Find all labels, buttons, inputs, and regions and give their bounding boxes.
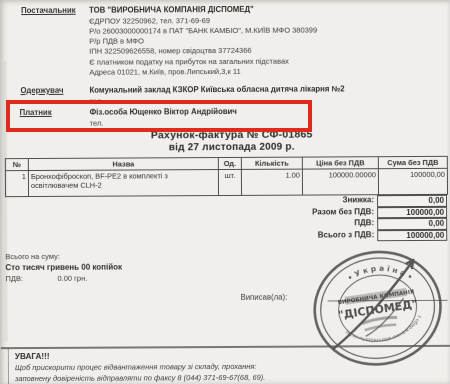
col-header-num: № — [5, 159, 28, 171]
item-unit: шт. — [218, 169, 241, 195]
items-table: № Назва Од. Кількість Ціна без ПДВ Сума … — [5, 156, 448, 197]
scanned-page: Постачальник ТОВ "ВИРОБНИЧА КОМПАНІЯ ДІС… — [0, 0, 450, 384]
item-sum: 100000,00 — [378, 168, 447, 194]
item-name: Бронхофіброскоп, BF-PE2 в комплекті з ос… — [28, 170, 218, 197]
total-amount-label: Всього на суму: — [5, 252, 60, 263]
col-header-unit: Од. — [218, 157, 241, 169]
item-num: 1 — [5, 171, 28, 197]
notice-text-line: заповнену довіреність відправляти по фак… — [15, 372, 345, 383]
col-header-name: Назва — [28, 158, 218, 171]
total-amount-words: Сто тисяч гривень 00 копійок — [5, 262, 122, 272]
summary-value: 0,00 — [377, 218, 447, 230]
col-header-qty: Кількість — [241, 157, 302, 169]
scan-artifact — [3, 61, 7, 341]
item-price: 100000.00000 — [302, 169, 378, 195]
summary-label: Знижка: — [342, 195, 374, 207]
total-vat-value: 0.00 грн. — [57, 273, 87, 283]
supplier-name: ТОВ "ВИРОБНИЧА КОМПАНІЯ ДІСПОМЕД" — [89, 4, 429, 15]
receiver-phone: тел. — [89, 96, 103, 106]
invoice-title: Рахунок-фактура № СФ-01865 — [12, 127, 450, 141]
item-qty: 1.00 — [241, 169, 302, 195]
supplier-label: Постачальник — [21, 6, 76, 15]
summary-label: Разом без ПДВ: — [312, 207, 374, 219]
payer-label: Платник — [20, 108, 52, 117]
summary-label: Всього з ПДВ: — [318, 230, 375, 242]
invoice-document: Постачальник ТОВ "ВИРОБНИЧА КОМПАНІЯ ДІС… — [0, 0, 450, 384]
issued-by-label: Виписав(ла): — [241, 292, 288, 303]
summary-value: 100000,00 — [377, 206, 447, 218]
summary-label: ПДВ: — [354, 218, 374, 230]
company-stamp: • У к р а ї н а • з обмеженою відповідал… — [303, 242, 450, 379]
notice-left-border — [8, 347, 9, 384]
supplier-detail-line: Адреса 01021, м.Київ, пров.Липський,3,к … — [89, 66, 434, 78]
total-vat-label: ПДВ: — [5, 274, 23, 284]
invoice-date: від 27 листопада 2009 р. — [12, 140, 450, 153]
notice-text-line: Щоб прискорити процес відвантаження това… — [15, 361, 345, 372]
col-header-price: Ціна без ПДВ — [302, 157, 378, 169]
summary-value: 100000,00 — [377, 229, 447, 241]
payer-phone: тел. — [90, 118, 104, 128]
payer-name: Фіз.особа Ющенко Віктор Андрійович — [90, 106, 390, 117]
notice-title: УВАГА!!! — [15, 351, 50, 360]
summary-value: 0,00 — [377, 195, 447, 207]
item-row: 1 Бронхофіброскоп, BF-PE2 в комплекті з … — [5, 168, 447, 196]
col-header-sum: Сума без ПДВ — [378, 156, 447, 168]
summary-row-total: Всього з ПДВ: 100000,00 — [120, 229, 447, 242]
receiver-label: Одержувач — [20, 86, 63, 95]
supplier-details: ЄДРПОУ 32250962, тел. 371-69-69 Р/о 2600… — [89, 14, 434, 78]
receiver-name: Комунальний заклад КЗКОР Київська обласн… — [89, 84, 441, 95]
